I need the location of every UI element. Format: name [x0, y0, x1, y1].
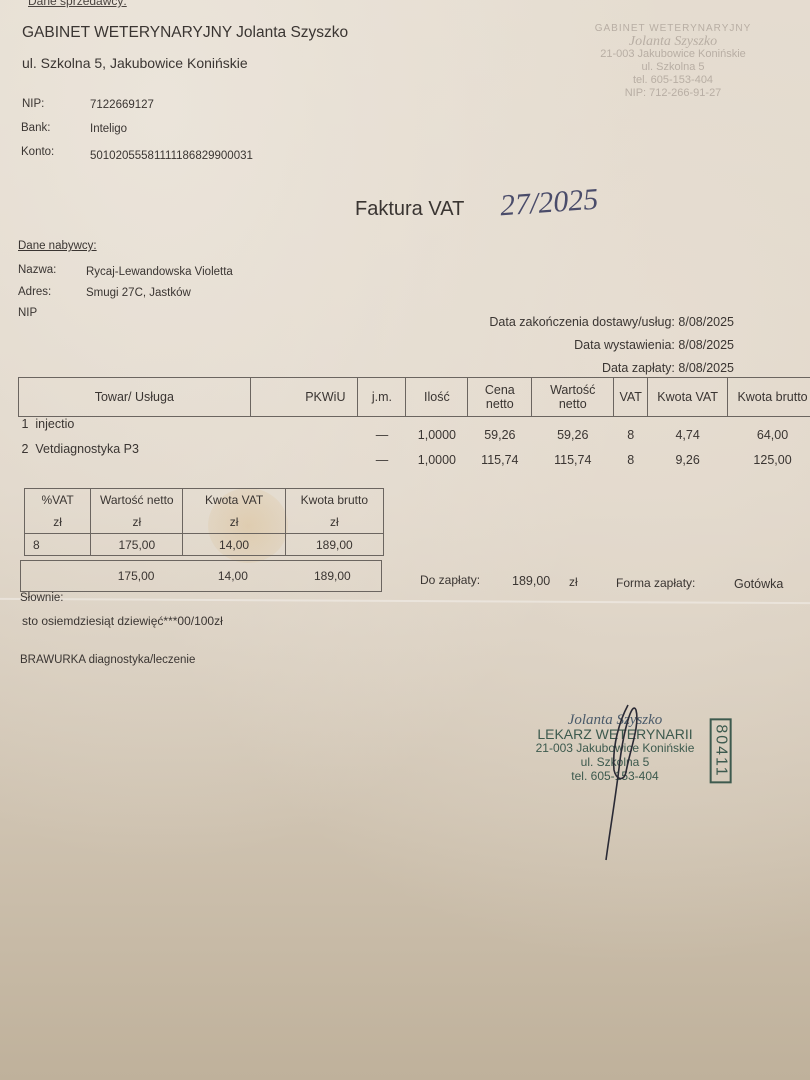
- seller-nip: 7122669127: [90, 99, 154, 111]
- item-net-value: 115,74: [532, 442, 614, 467]
- amount-due-label: Do zapłaty:: [420, 573, 480, 587]
- item-vat: 8: [614, 417, 648, 443]
- item-net-value: 59,26: [532, 417, 614, 443]
- buyer-header: Dane nabywcy:: [18, 240, 97, 252]
- issue-date: 8/08/2025: [678, 338, 734, 352]
- item-unit: —: [358, 442, 406, 467]
- item-net-price: 115,74: [468, 442, 532, 467]
- item-net-price: 59,26: [468, 417, 532, 443]
- col-header-pkwiu: PKWiU: [250, 378, 358, 417]
- delivery-date: 8/08/2025: [678, 315, 734, 329]
- vat-row-net: 175,00: [91, 534, 183, 556]
- invoice-note: BRAWURKA diagnostyka/leczenie: [20, 654, 195, 666]
- in-words-label: Słownie:: [20, 592, 63, 604]
- items-table: Towar/ Usługa PKWiU j.m. Ilość Cena nett…: [18, 377, 810, 467]
- amount-due: 189,00: [512, 574, 550, 588]
- item-vat-amount: 4,74: [648, 417, 728, 443]
- vat-col-rate: %VAT: [25, 489, 91, 512]
- col-header-gross: Kwota brutto: [728, 378, 810, 417]
- vat-col-vat: Kwota VAT: [183, 489, 285, 512]
- vat-unit-rate: zł: [25, 511, 91, 534]
- item-gross: 64,00: [728, 417, 810, 443]
- items-header-row: Towar/ Usługa PKWiU j.m. Ilość Cena nett…: [19, 378, 810, 417]
- col-header-vat-amount: Kwota VAT: [648, 378, 728, 417]
- item-name: Vetdiagnostyka P3: [35, 442, 139, 456]
- item-pkwiu: [250, 417, 358, 443]
- header-stamp-line4: ul. Szkolna 5: [568, 61, 778, 74]
- header-stamp: GABINET WETERYNARYJNY Jolanta Szyszko 21…: [568, 22, 778, 100]
- vat-unit-net: zł: [91, 511, 183, 534]
- buyer-nip-label: NIP: [18, 307, 37, 319]
- seller-address: ul. Szkolna 5, Jakubowice Konińskie: [22, 55, 248, 71]
- vat-row-rate: 8: [25, 534, 91, 556]
- item-vat-amount: 9,26: [648, 442, 728, 467]
- col-header-unit: j.m.: [358, 378, 406, 417]
- vat-summary-table: %VAT Wartość netto Kwota VAT Kwota brutt…: [24, 488, 384, 556]
- header-stamp-line2: Jolanta Szyszko: [568, 35, 778, 48]
- amount-due-currency: zł: [569, 575, 578, 589]
- vat-totals-table: 175,00 14,00 189,00: [20, 560, 382, 592]
- invoice-title: Faktura VAT: [355, 198, 464, 221]
- vat-col-net: Wartość netto: [91, 489, 183, 512]
- paper-fold: [0, 598, 810, 604]
- vat-row-vat: 14,00: [183, 534, 285, 556]
- total-gross: 189,00: [284, 561, 382, 592]
- header-stamp-line5: tel. 605-153-404: [568, 74, 778, 87]
- vat-summary-unit-row: zł zł zł zł: [25, 511, 384, 534]
- header-stamp-line6: NIP: 712-266-91-27: [568, 87, 778, 100]
- totals-empty: [21, 561, 91, 592]
- item-qty: 1,0000: [406, 417, 468, 443]
- seller-bank: Inteligo: [90, 123, 127, 135]
- vat-unit-vat: zł: [183, 511, 285, 534]
- buyer-name: Rycaj-Lewandowska Violetta: [86, 266, 233, 278]
- seller-bank-label: Bank:: [21, 122, 50, 134]
- payment-method: Gotówka: [734, 577, 783, 591]
- item-no: 2: [22, 442, 29, 456]
- buyer-name-label: Nazwa:: [18, 264, 56, 276]
- payment-date-label: Data zapłaty:: [602, 361, 675, 375]
- total-vat: 14,00: [182, 561, 284, 592]
- seller-name: GABINET WETERYNARYJNY Jolanta Szyszko: [22, 24, 348, 42]
- vat-summary-header-row: %VAT Wartość netto Kwota VAT Kwota brutt…: [25, 489, 384, 512]
- delivery-date-label: Data zakończenia dostawy/usług:: [489, 315, 675, 329]
- item-qty: 1,0000: [406, 442, 468, 467]
- item-gross: 125,00: [728, 442, 810, 467]
- col-header-qty: Ilość: [406, 378, 468, 417]
- col-header-vat: VAT: [614, 378, 648, 417]
- license-number-stamp: 80411: [710, 718, 732, 783]
- issue-date-row: Data wystawienia: 8/08/2025: [574, 338, 734, 352]
- item-no: 1: [22, 417, 29, 431]
- seller-account-label: Konto:: [21, 146, 54, 158]
- table-row: 2 Vetdiagnostyka P3 — 1,0000 115,74 115,…: [19, 442, 810, 467]
- table-row: 8 175,00 14,00 189,00: [25, 534, 384, 556]
- in-words-text: sto osiemdziesiąt dziewięć***00/100zł: [22, 614, 223, 628]
- total-net: 175,00: [90, 561, 182, 592]
- totals-row: 175,00 14,00 189,00: [21, 561, 382, 592]
- table-row: 1 injectio — 1,0000 59,26 59,26 8 4,74 6…: [19, 417, 810, 443]
- vat-col-gross: Kwota brutto: [285, 489, 383, 512]
- col-header-net-price: Cena netto: [468, 378, 532, 417]
- seller-nip-label: NIP:: [22, 98, 44, 110]
- item-name-cell: 2 Vetdiagnostyka P3: [19, 442, 251, 467]
- payment-method-label: Forma zapłaty:: [616, 576, 695, 590]
- handwritten-signature: [590, 700, 670, 870]
- item-name-cell: 1 injectio: [19, 417, 251, 443]
- delivery-date-row: Data zakończenia dostawy/usług: 8/08/202…: [489, 315, 734, 329]
- item-unit: —: [358, 417, 406, 443]
- item-name: injectio: [35, 417, 74, 431]
- vat-row-gross: 189,00: [285, 534, 383, 556]
- item-vat: 8: [614, 442, 648, 467]
- payment-date-row: Data zapłaty: 8/08/2025: [602, 361, 734, 375]
- item-pkwiu: [250, 442, 358, 467]
- header-stamp-line3: 21-003 Jakubowice Konińskie: [568, 48, 778, 61]
- issue-date-label: Data wystawienia:: [574, 338, 675, 352]
- seller-header: Dane sprzedawcy:: [28, 0, 127, 8]
- buyer-address: Smugi 27C, Jastków: [86, 287, 191, 299]
- buyer-address-label: Adres:: [18, 286, 51, 298]
- col-header-item: Towar/ Usługa: [19, 378, 251, 417]
- seller-account: 50102055581111186829900031: [90, 150, 253, 162]
- payment-date: 8/08/2025: [678, 361, 734, 375]
- invoice-number-handwritten: 27/2025: [499, 183, 599, 224]
- vat-unit-gross: zł: [285, 511, 383, 534]
- col-header-net-value: Wartość netto: [532, 378, 614, 417]
